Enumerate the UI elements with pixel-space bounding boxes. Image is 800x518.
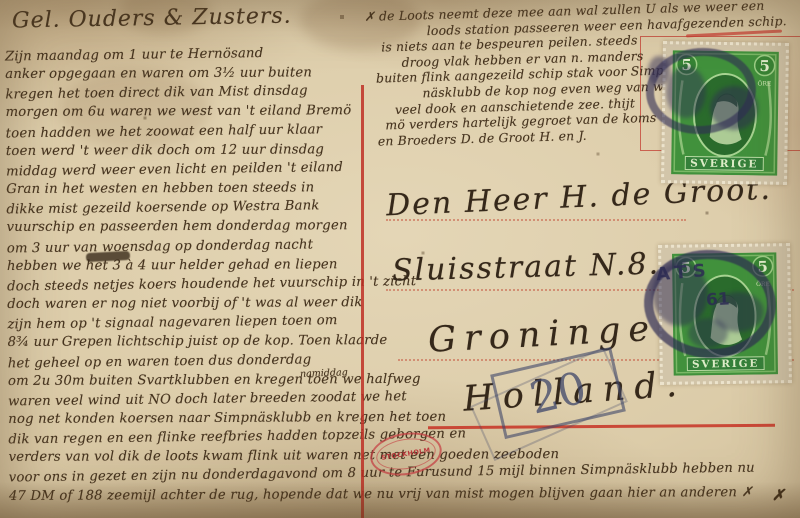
postage-stamp-top: 5 5 ÖRE SVERIGE <box>661 41 789 185</box>
stamp-currency: ÖRE <box>756 281 770 288</box>
paper-specks <box>0 0 2 2</box>
stamp-denomination: 5 <box>681 260 692 277</box>
cross-mark-icon: ✗ <box>772 486 785 504</box>
address-city: Groningen <box>427 307 688 361</box>
stamp-denomination: 5 <box>759 57 770 75</box>
stamp-currency: ÖRE <box>757 80 771 87</box>
stamp-denomination: 5 <box>681 56 692 74</box>
stamp-artwork: 5 5 ÖRE SVERIGE <box>667 252 783 376</box>
stamp-artwork: 5 5 ÖRE SVERIGE <box>670 50 780 175</box>
stamp-country: SVERIGE <box>692 358 759 371</box>
message-line: 47 DM of 188 zeemijl achter de rug, hope… <box>9 485 381 506</box>
divider-line <box>361 85 364 518</box>
address-street: Sluisstraat N.8. <box>392 246 661 288</box>
stamp-country: SVERIGE <box>690 158 759 171</box>
postage-due-value: 20 <box>525 362 591 424</box>
inserted-word: namiddag <box>300 367 348 380</box>
greeting-line: Gel. Ouders & Zusters. <box>12 4 292 34</box>
message-text-block: Zijn maandag om 1 uur te Hernösandanker … <box>5 43 381 506</box>
postcard-back: Gel. Ouders & Zusters. Zijn maandag om 1… <box>0 0 800 518</box>
postage-stamp-bottom: 5 5 ÖRE SVERIGE <box>658 243 792 385</box>
stamp-denomination: 5 <box>757 259 768 276</box>
oval-inner-ring <box>374 434 438 473</box>
